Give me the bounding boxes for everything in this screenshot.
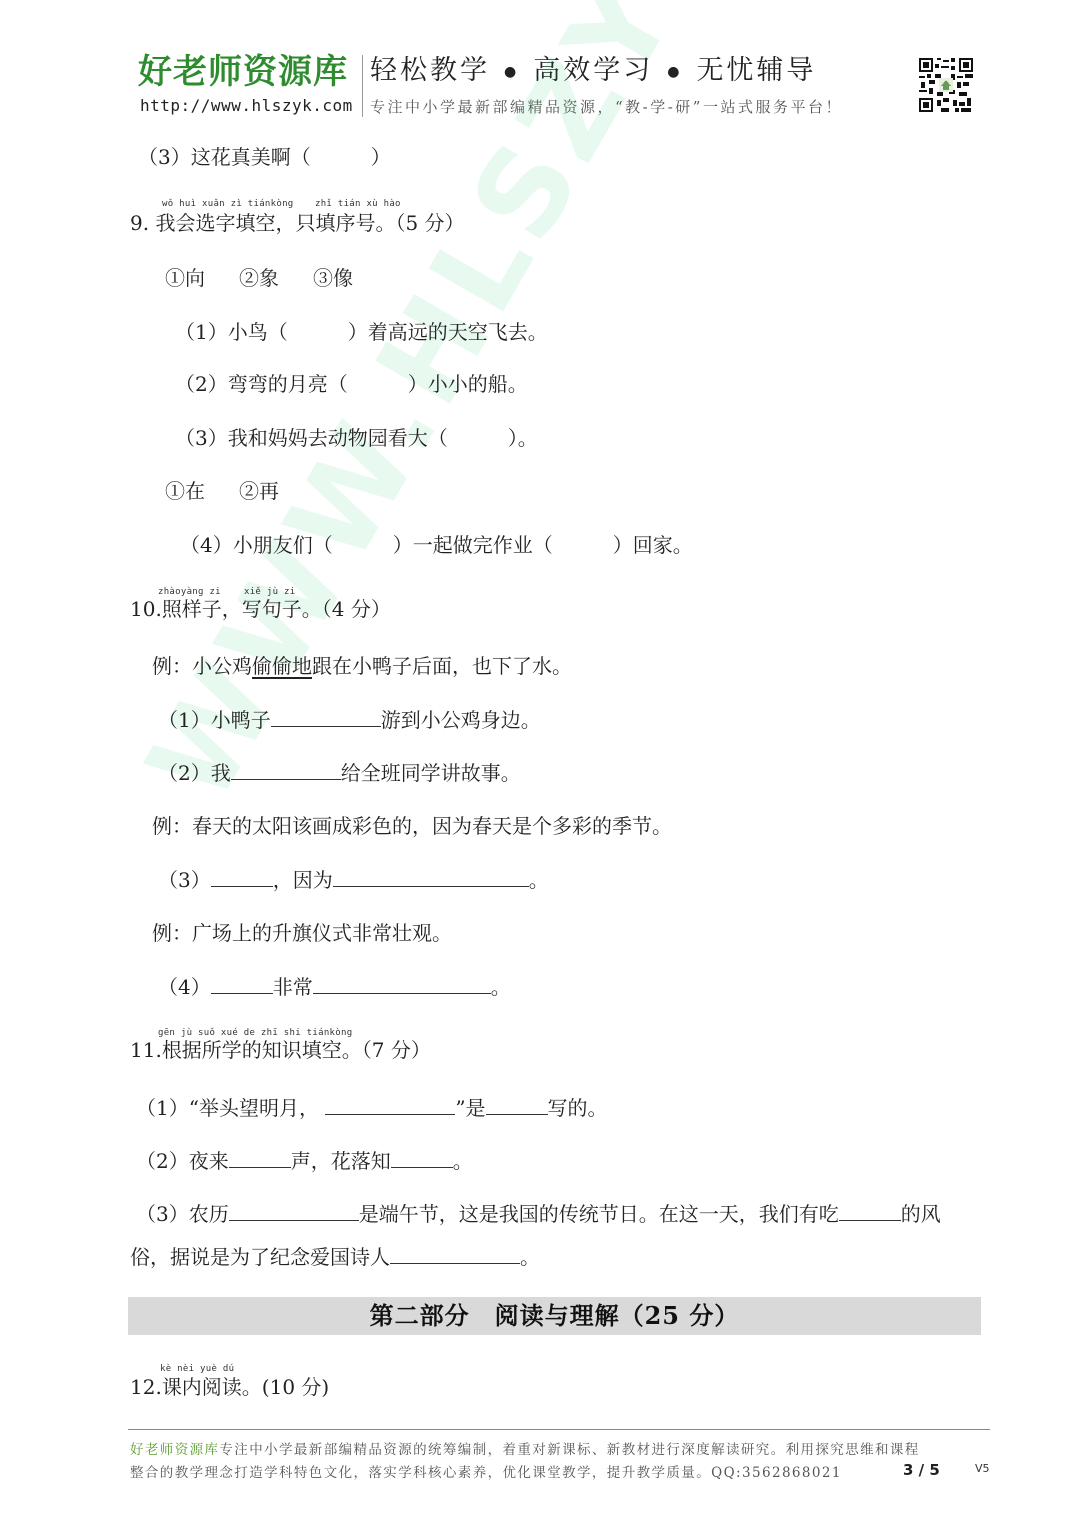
footer-line-2: 整合的教学理念打造学科特色文化，落实学科核心素养，优化课堂教学，提升教学质量。Q… bbox=[130, 1461, 842, 1481]
slogan-part-1: 轻松教学 bbox=[370, 55, 490, 86]
item-text: （3）农历 bbox=[136, 1202, 229, 1226]
underlined-word: 偷偷地 bbox=[252, 654, 312, 678]
answer-blank[interactable] bbox=[231, 759, 341, 780]
q10-item-1: （1）小鸭子游到小公鸡身边。 bbox=[158, 706, 541, 733]
q9-item-3: （3）我和妈妈去动物园看大（ ）。 bbox=[175, 425, 538, 451]
q10-example-3: 例：广场上的升旗仪式非常壮观。 bbox=[152, 920, 452, 946]
q10-item-4: （4）非常。 bbox=[158, 973, 511, 1000]
answer-blank[interactable] bbox=[391, 1147, 453, 1168]
item-text: 写的。 bbox=[548, 1096, 608, 1120]
q10-example-1: 例：小公鸡偷偷地跟在小鸭子后面，也下了水。 bbox=[152, 653, 572, 679]
item-text: 是端午节，这是我国的传统节日。在这一天，我们有吃 bbox=[359, 1202, 839, 1226]
q12-title-text: 课内阅读。(10 分) bbox=[162, 1375, 329, 1399]
footer-brand: 好老师资源库 bbox=[130, 1442, 219, 1458]
option-1: ①向 bbox=[165, 266, 205, 290]
q11-item-3: （3）农历是端午节，这是我国的传统节日。在这一天，我们有吃的风 bbox=[136, 1200, 941, 1227]
q12-pinyin: kè nèi yuè dú bbox=[160, 1364, 234, 1374]
section-title: 第二部分 阅读与理解（25 分） bbox=[128, 1297, 981, 1335]
q10-item-2: （2）我给全班同学讲故事。 bbox=[158, 759, 521, 786]
option-2: ②象 bbox=[239, 266, 279, 290]
footer-divider bbox=[128, 1429, 990, 1430]
version-label: V5 bbox=[975, 1462, 990, 1475]
answer-blank[interactable] bbox=[390, 1243, 520, 1264]
footer-text: 专注中小学最新部编精品资源的统筹编制，着重对新课标、新教材进行深度解读研究。利用… bbox=[219, 1442, 919, 1458]
option-2: ②再 bbox=[239, 479, 279, 503]
q10-title-text: 照样子，写句子。（4 分） bbox=[162, 597, 391, 621]
item-text: 。 bbox=[453, 1149, 473, 1173]
slogan-part-3: 无忧辅导 bbox=[696, 55, 816, 86]
item-text: 声，花落知 bbox=[291, 1149, 391, 1173]
item-text: 的风 bbox=[901, 1202, 941, 1226]
item-text: 。 bbox=[520, 1245, 540, 1269]
q9-item-1: （1）小鸟（ ）着高远的天空飞去。 bbox=[175, 319, 548, 345]
item-text: （4） bbox=[158, 975, 211, 999]
q9-options-1: ①向②象③像 bbox=[165, 265, 353, 291]
q11-title: 11.根据所学的知识填空。（7 分） bbox=[130, 1037, 431, 1063]
qr-code-icon bbox=[917, 56, 975, 114]
q9-pinyin-a: wǒ huì xuǎn zì tiánkòng bbox=[162, 199, 294, 209]
item-text: 非常 bbox=[273, 975, 313, 999]
q12-title: 12.课内阅读。(10 分) bbox=[130, 1374, 329, 1400]
q9-options-2: ①在②再 bbox=[165, 478, 279, 504]
q11-title-text: 根据所学的知识填空。（7 分） bbox=[162, 1038, 431, 1062]
header-divider bbox=[362, 55, 363, 117]
answer-blank[interactable] bbox=[313, 973, 491, 994]
example-text: 跟在小鸭子后面，也下了水。 bbox=[312, 654, 572, 678]
item-text: （1）“举头望明月， bbox=[136, 1096, 319, 1120]
item-text: （2）夜来 bbox=[136, 1149, 229, 1173]
q9-title: 9. 我会选字填空，只填序号。（5 分） bbox=[130, 210, 465, 236]
item-text: 。 bbox=[491, 975, 511, 999]
option-1: ①在 bbox=[165, 479, 205, 503]
item-text: 游到小公鸡身边。 bbox=[381, 708, 541, 732]
example-text: 例：小公鸡 bbox=[152, 654, 252, 678]
q11-item-2: （2）夜来声，花落知。 bbox=[136, 1147, 473, 1174]
previous-item: （3）这花真美啊（ ） bbox=[138, 144, 391, 170]
watermark: WWW.HLSZYK.COM bbox=[120, 0, 944, 824]
page-number: 3 / 5 bbox=[903, 1461, 940, 1479]
answer-blank[interactable] bbox=[229, 1147, 291, 1168]
answer-blank[interactable] bbox=[229, 1200, 359, 1221]
q9-title-text: 我会选字填空，只填序号。（5 分） bbox=[155, 211, 464, 235]
q9-item-4: （4）小朋友们（ ）一起做完作业（ ）回家。 bbox=[180, 532, 693, 558]
item-text: （1）小鸭子 bbox=[158, 708, 271, 732]
item-text: 。 bbox=[529, 868, 549, 892]
answer-blank[interactable] bbox=[211, 973, 273, 994]
q9-number: 9. bbox=[130, 211, 149, 235]
answer-blank[interactable] bbox=[325, 1094, 455, 1115]
q11-number: 11. bbox=[130, 1038, 162, 1062]
item-text: （2）我 bbox=[158, 761, 231, 785]
q10-item-3: （3），因为。 bbox=[158, 866, 549, 893]
q10-title: 10.照样子，写句子。（4 分） bbox=[130, 596, 391, 622]
footer-line-1: 好老师资源库专注中小学最新部编精品资源的统筹编制，着重对新课标、新教材进行深度解… bbox=[130, 1438, 920, 1458]
answer-blank[interactable] bbox=[271, 706, 381, 727]
item-text: 给全班同学讲故事。 bbox=[341, 761, 521, 785]
q9-item-2: （2）弯弯的月亮（ ）小小的船。 bbox=[175, 371, 528, 397]
q11-item-3-line2: 俗，据说是为了纪念爱国诗人。 bbox=[130, 1243, 540, 1270]
item-text: ”是 bbox=[455, 1096, 485, 1120]
item-text: 俗，据说是为了纪念爱国诗人 bbox=[130, 1245, 390, 1269]
answer-blank[interactable] bbox=[333, 866, 529, 887]
q12-number: 12. bbox=[130, 1375, 162, 1399]
answer-blank[interactable] bbox=[839, 1200, 901, 1221]
answer-blank[interactable] bbox=[211, 866, 273, 887]
option-3: ③像 bbox=[313, 266, 353, 290]
brand-url[interactable]: http://www.hlszyk.com bbox=[140, 96, 353, 115]
q9-pinyin-b: zhǐ tián xù hào bbox=[315, 199, 401, 209]
brand-title: 好老师资源库 bbox=[138, 52, 348, 92]
item-text: （3） bbox=[158, 868, 211, 892]
q11-item-1: （1）“举头望明月， ”是写的。 bbox=[136, 1094, 608, 1121]
item-text: ，因为 bbox=[273, 868, 333, 892]
q10-number: 10. bbox=[130, 597, 162, 621]
q10-example-2: 例：春天的太阳该画成彩色的，因为春天是个多彩的季节。 bbox=[152, 813, 672, 839]
answer-blank[interactable] bbox=[486, 1094, 548, 1115]
